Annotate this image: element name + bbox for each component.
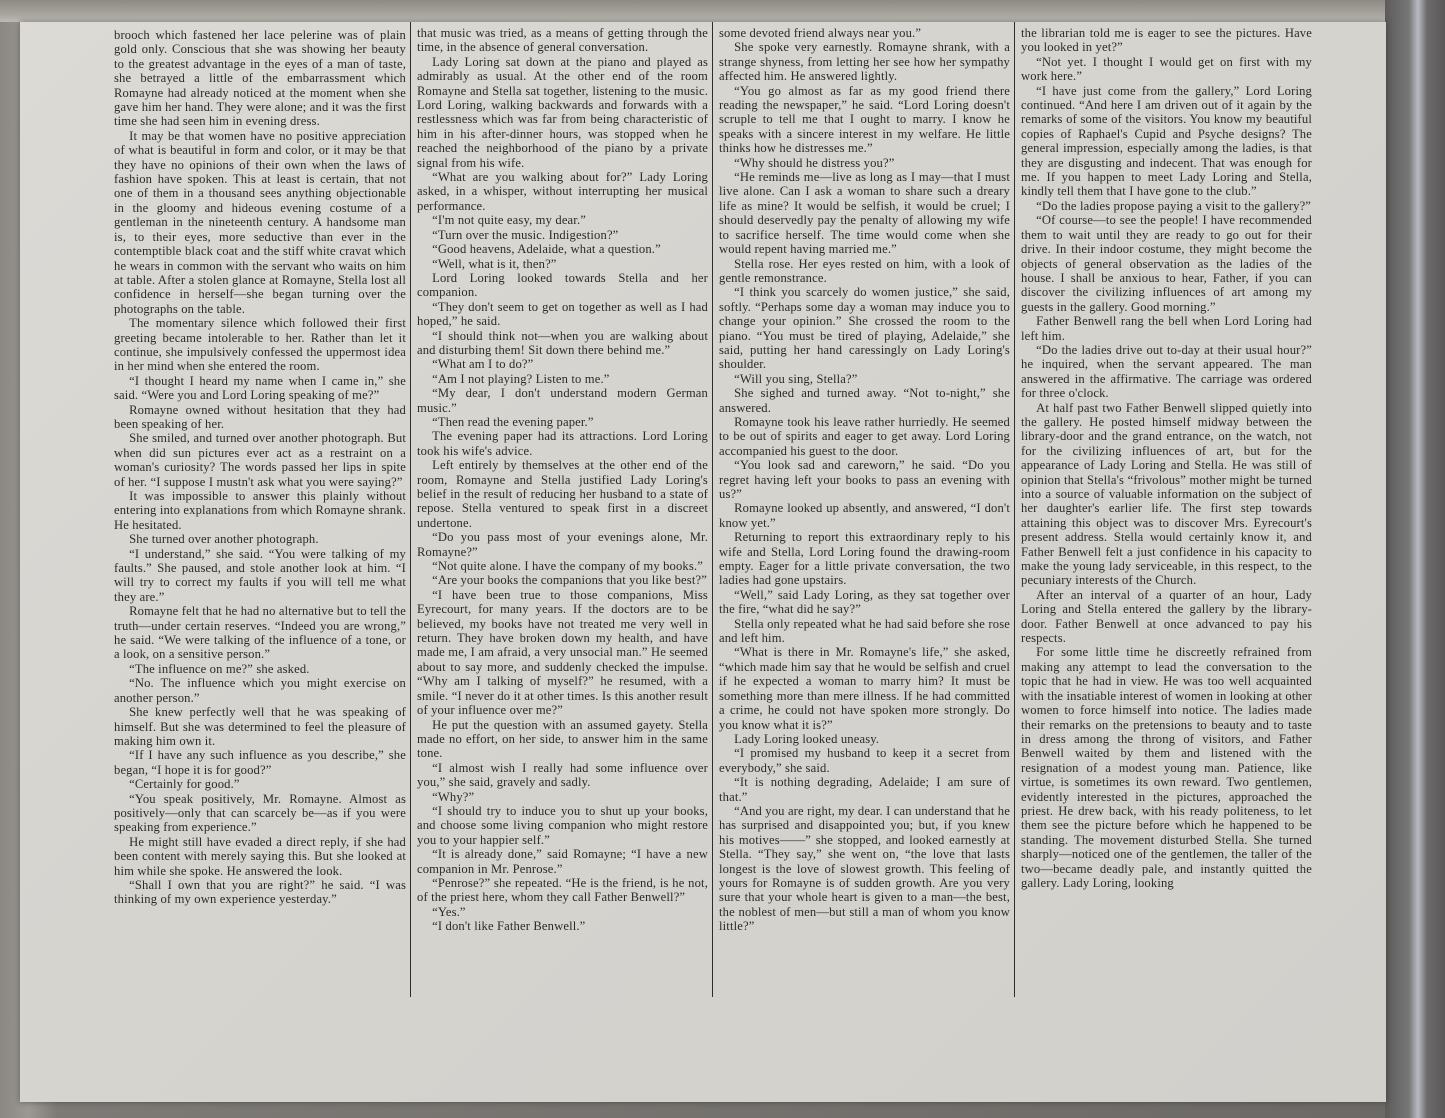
paragraph: “The influence on me?” she asked. xyxy=(114,662,406,676)
paragraph: “I'm not quite easy, my dear.” xyxy=(417,213,708,227)
paragraph: “And you are right, my dear. I can under… xyxy=(719,804,1010,934)
text-column-1: brooch which fastened her lace pelerine … xyxy=(108,22,410,1032)
paragraph: “What are you walking about for?” Lady L… xyxy=(417,170,708,213)
paragraph: “Turn over the music. Indigestion?” xyxy=(417,228,708,242)
paragraph: “Well, what is it, then?” xyxy=(417,257,708,271)
paragraph: “No. The influence which you might exerc… xyxy=(114,676,406,705)
printed-page: brooch which fastened her lace pelerine … xyxy=(20,22,1386,1102)
paragraph: “I thought I heard my name when I came i… xyxy=(114,374,406,403)
paragraph: Romayne felt that he had no alternative … xyxy=(114,604,406,662)
paragraph: “Shall I own that you are right?” he sai… xyxy=(114,878,406,907)
paragraph: Romayne owned without hesitation that th… xyxy=(114,403,406,432)
paragraph: She sighed and turned away. “Not to-nigh… xyxy=(719,386,1010,415)
paragraph: “Am I not playing? Listen to me.” xyxy=(417,372,708,386)
paragraph: “Not yet. I thought I would get on first… xyxy=(1021,55,1312,84)
paragraph: “Not quite alone. I have the company of … xyxy=(417,559,708,573)
paragraph: “Do you pass most of your evenings alone… xyxy=(417,530,708,559)
paragraph: “You speak positively, Mr. Romayne. Almo… xyxy=(114,792,406,835)
text-column-2: that music was tried, as a means of gett… xyxy=(410,22,712,997)
paragraph: It was impossible to answer this plainly… xyxy=(114,489,406,532)
paragraph: After an interval of a quarter of an hou… xyxy=(1021,588,1312,646)
paragraph: “Yes.” xyxy=(417,905,708,919)
paragraph: “What am I to do?” xyxy=(417,357,708,371)
paragraph: “Are your books the companions that you … xyxy=(417,573,708,587)
paragraph: “Why should he distress you?” xyxy=(719,156,1010,170)
paragraph: “Why?” xyxy=(417,790,708,804)
paragraph: He might still have evaded a direct repl… xyxy=(114,835,406,878)
plastic-sleeve-top-edge xyxy=(0,0,1445,22)
paragraph: She spoke very earnestly. Romayne shrank… xyxy=(719,40,1010,83)
paragraph: “Good heavens, Adelaide, what a question… xyxy=(417,242,708,256)
paragraph: She knew perfectly well that he was spea… xyxy=(114,705,406,748)
paragraph: Left entirely by themselves at the other… xyxy=(417,458,708,530)
paragraph: For some little time he discreetly refra… xyxy=(1021,645,1312,890)
paragraph: It may be that women have no positive ap… xyxy=(114,129,406,316)
paragraph: “I understand,” she said. “You were talk… xyxy=(114,547,406,605)
text-column-4: the librarian told me is eager to see th… xyxy=(1014,22,1316,997)
paragraph: “Then read the evening paper.” xyxy=(417,415,708,429)
paragraph: “Certainly for good.” xyxy=(114,777,406,791)
text-columns: brooch which fastened her lace pelerine … xyxy=(108,22,1350,1032)
paragraph: Romayne took his leave rather hurriedly.… xyxy=(719,415,1010,458)
paragraph: She turned over another photograph. xyxy=(114,532,406,546)
paragraph: “I think you scarcely do women justice,”… xyxy=(719,285,1010,371)
paragraph: Lady Loring sat down at the piano and pl… xyxy=(417,55,708,170)
paragraph: Father Benwell rang the bell when Lord L… xyxy=(1021,314,1312,343)
paragraph: Returning to report this extraordinary r… xyxy=(719,530,1010,588)
plastic-sleeve-right-edge xyxy=(1385,0,1445,1118)
paragraph: “What is there in Mr. Romayne's life,” s… xyxy=(719,645,1010,731)
paragraph: “Well,” said Lady Loring, as they sat to… xyxy=(719,588,1010,617)
paragraph: Stella only repeated what he had said be… xyxy=(719,617,1010,646)
paragraph: Lord Loring looked towards Stella and he… xyxy=(417,271,708,300)
paragraph: “Penrose?” she repeated. “He is the frie… xyxy=(417,876,708,905)
paragraph: “If I have any such influence as you des… xyxy=(114,748,406,777)
paragraph: “He reminds me—live as long as I may—tha… xyxy=(719,170,1010,256)
paragraph: He put the question with an assumed gaye… xyxy=(417,718,708,761)
paragraph: “You look sad and careworn,” he said. “D… xyxy=(719,458,1010,501)
paragraph: The momentary silence which followed the… xyxy=(114,316,406,374)
paragraph: Stella rose. Her eyes rested on him, wit… xyxy=(719,257,1010,286)
paragraph: “I should think not—when you are walking… xyxy=(417,329,708,358)
paragraph: The evening paper had its attractions. L… xyxy=(417,429,708,458)
paragraph: “It is nothing degrading, Adelaide; I am… xyxy=(719,775,1010,804)
paragraph: She smiled, and turned over another phot… xyxy=(114,431,406,489)
paragraph: “I have been true to those companions, M… xyxy=(417,588,708,718)
paragraph: the librarian told me is eager to see th… xyxy=(1021,26,1312,55)
paragraph: some devoted friend always near you.” xyxy=(719,26,1010,40)
paragraph: “Do the ladies propose paying a visit to… xyxy=(1021,199,1312,213)
paragraph: brooch which fastened her lace pelerine … xyxy=(114,28,406,129)
paragraph: “I don't like Father Benwell.” xyxy=(417,919,708,933)
paragraph: “They don't seem to get on together as w… xyxy=(417,300,708,329)
text-column-3: some devoted friend always near you.”She… xyxy=(712,22,1014,997)
paragraph: Romayne looked up absently, and answered… xyxy=(719,501,1010,530)
paragraph: “My dear, I don't understand modern Germ… xyxy=(417,386,708,415)
paragraph: that music was tried, as a means of gett… xyxy=(417,26,708,55)
paragraph: “I have just come from the gallery,” Lor… xyxy=(1021,84,1312,199)
paragraph: “Do the ladies drive out to-day at their… xyxy=(1021,343,1312,401)
paragraph: “You go almost as far as my good friend … xyxy=(719,84,1010,156)
paragraph: “Will you sing, Stella?” xyxy=(719,372,1010,386)
paragraph: “I should try to induce you to shut up y… xyxy=(417,804,708,847)
paragraph: “I promised my husband to keep it a secr… xyxy=(719,746,1010,775)
paragraph: Lady Loring looked uneasy. xyxy=(719,732,1010,746)
paragraph: “It is already done,” said Romayne; “I h… xyxy=(417,847,708,876)
paragraph: At half past two Father Benwell slipped … xyxy=(1021,401,1312,588)
paragraph: “I almost wish I really had some influen… xyxy=(417,761,708,790)
paragraph: “Of course—to see the people! I have rec… xyxy=(1021,213,1312,314)
